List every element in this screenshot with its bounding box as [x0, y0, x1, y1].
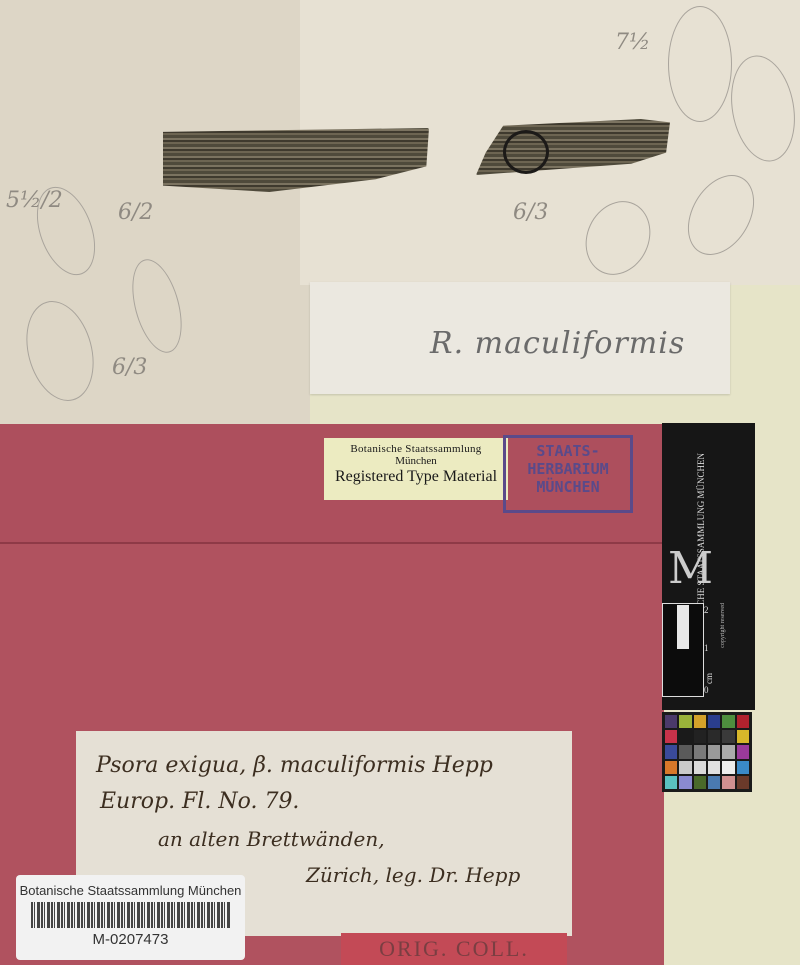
color-checker-chart	[662, 712, 752, 792]
color-patch	[708, 745, 720, 758]
handwritten-line: an alten Brettwänden,	[158, 827, 385, 851]
pencil-note: 6/3	[513, 200, 548, 225]
original-collection-label: ORIG. COLL.	[341, 933, 567, 965]
tick-label: 1	[704, 643, 709, 653]
color-patch	[722, 730, 734, 743]
color-patch	[694, 715, 706, 728]
color-patch	[722, 761, 734, 774]
color-patch	[708, 730, 720, 743]
color-patch	[694, 745, 706, 758]
spore-sketch	[668, 6, 732, 122]
color-patch	[665, 776, 677, 789]
scale-bar: BOTANISCHE STAATSSAMMLUNG MÜNCHEN M cm 0…	[662, 423, 755, 710]
color-patch	[665, 745, 677, 758]
handwritten-line: Psora exigua, β. maculiformis Hepp	[96, 753, 493, 778]
color-patch	[737, 730, 749, 743]
color-patch	[679, 715, 691, 728]
herbarium-stamp: STAATS- HERBARIUM MÜNCHEN	[503, 435, 633, 513]
color-patch	[665, 715, 677, 728]
barcode-id: M-0207473	[16, 931, 245, 948]
tick-label: 0	[704, 685, 709, 695]
copyright-notice: copyright reserved	[720, 603, 726, 648]
color-patch	[694, 730, 706, 743]
determination-label: R. maculiformis	[310, 282, 730, 394]
pencil-note: 7½	[615, 30, 650, 55]
determination-text: R. maculiformis	[430, 326, 685, 361]
ink-circle-marker	[503, 130, 549, 174]
pencil-note: 5½/2	[6, 188, 63, 213]
leaf-logo-icon: M	[668, 543, 713, 594]
type-status: Registered Type Material	[324, 468, 508, 486]
color-patch	[679, 730, 691, 743]
handwritten-line: Zürich, leg. Dr. Hepp	[306, 863, 520, 887]
color-patch	[737, 776, 749, 789]
color-patch	[722, 776, 734, 789]
color-patch	[665, 730, 677, 743]
handwritten-line: Europ. Fl. No. 79.	[100, 789, 299, 814]
pencil-note: 6/2	[118, 200, 153, 225]
pencil-note: 6/3	[112, 355, 147, 380]
color-patch	[722, 745, 734, 758]
color-patch	[708, 715, 720, 728]
unit-label: cm	[704, 673, 714, 684]
ruler-segment	[677, 605, 689, 649]
barcode-institution: Botanische Staatssammlung München	[16, 883, 245, 898]
color-patch	[694, 761, 706, 774]
stamp-line: MÜNCHEN	[506, 478, 630, 496]
stamp-line: STAATS-	[506, 442, 630, 460]
color-patch	[737, 761, 749, 774]
color-patch	[737, 715, 749, 728]
registered-type-label: Botanische Staatssammlung München Regist…	[324, 438, 508, 500]
stamp-line: HERBARIUM	[506, 460, 630, 478]
color-patch	[694, 776, 706, 789]
color-patch	[708, 776, 720, 789]
barcode-icon	[31, 902, 231, 928]
color-patch	[679, 745, 691, 758]
barcode-label: Botanische Staatssammlung München M-0207…	[16, 875, 245, 960]
color-patch	[722, 715, 734, 728]
color-patch	[665, 761, 677, 774]
color-patch	[708, 761, 720, 774]
institution-name: Botanische Staatssammlung	[324, 443, 508, 455]
color-patch	[679, 761, 691, 774]
color-patch	[679, 776, 691, 789]
institution-city: München	[324, 455, 508, 467]
color-patch	[737, 745, 749, 758]
tick-label: 2	[704, 605, 709, 615]
